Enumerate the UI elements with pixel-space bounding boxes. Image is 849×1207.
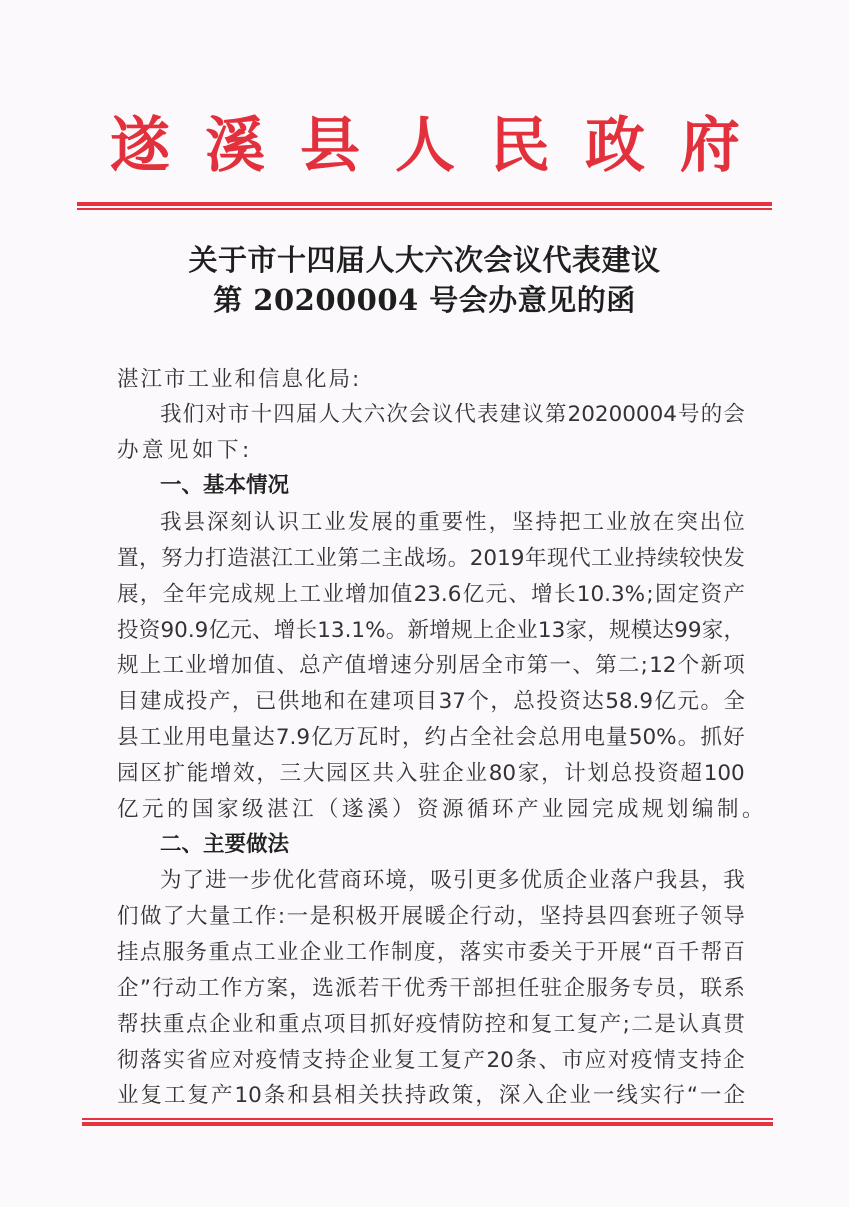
glyph: 速 (390, 651, 412, 681)
glyph: 点 (301, 1010, 323, 1040)
glyph: 抓 (700, 723, 722, 753)
glyph: 家 (518, 759, 540, 789)
glyph: 工 (345, 938, 367, 968)
glyph: 一 (287, 902, 309, 932)
glyph: 业 (315, 544, 337, 574)
glyph: 划 (588, 759, 610, 789)
glyph: 20 (487, 1046, 514, 1076)
glyph: 长 (296, 616, 318, 646)
glyph: 认 (254, 508, 276, 538)
glyph: 全 (470, 723, 492, 753)
glyph: 增 (429, 616, 451, 646)
glyph: 届 (296, 400, 318, 430)
glyph: 深 (207, 508, 229, 538)
glyph: 四 (608, 902, 630, 932)
glyph: 总 (538, 723, 560, 753)
glyph: 业 (323, 938, 345, 968)
glyph: 全 (723, 687, 745, 717)
paragraph-line: 企”行动工作方案，选派若干优秀干部担任驻企服务专员，联系 (117, 974, 745, 1004)
glyph: 县 (117, 723, 139, 753)
letterhead-rule-thin (77, 208, 772, 210)
glyph: 第 (527, 651, 549, 681)
glyph: 元 (677, 687, 699, 717)
glyph: 落 (611, 866, 633, 896)
glyph: 人 (318, 400, 340, 430)
glyph: 关 (551, 938, 573, 968)
glyph: 二 (360, 544, 382, 574)
glyph: ， (490, 687, 512, 717)
glyph: ; (623, 1010, 630, 1040)
glyph: ， (723, 616, 745, 646)
glyph: 情 (439, 1010, 461, 1040)
glyph: 第 (545, 400, 567, 430)
glyph: 量 (209, 902, 231, 932)
glyph: 暖 (425, 902, 447, 932)
glyph: 环 (363, 866, 385, 896)
glyph: 条 (264, 1081, 286, 1111)
glyph: 亿 (655, 687, 677, 717)
glyph: 省 (186, 1046, 208, 1076)
glyph: 业 (322, 580, 344, 610)
glyph: 业 (613, 544, 635, 574)
glyph: 开 (597, 938, 619, 968)
letterhead-rule-thick (77, 202, 772, 206)
paragraph-line: 帮扶重点企业和重点项目抓好疫情防控和复工复产;二是认真贯 (117, 1010, 745, 1040)
glyph: 一 (550, 651, 572, 681)
glyph: 用 (561, 723, 583, 753)
glyph: 工 (293, 544, 315, 574)
glyph: 增 (208, 651, 230, 681)
glyph: 13.1% (317, 616, 385, 646)
glyph: 疫 (256, 1046, 278, 1076)
glyph: 12 (649, 651, 676, 681)
glyph: 帮 (701, 938, 723, 968)
glyph: 业 (185, 651, 207, 681)
glyph: 复 (531, 1010, 553, 1040)
glyph: 业 (371, 1046, 393, 1076)
glyph: 供 (278, 687, 300, 717)
glyph: 和 (324, 687, 346, 717)
glyph: 委 (528, 938, 550, 968)
letterhead-char: 民 (490, 108, 550, 184)
glyph: 点 (231, 938, 253, 968)
glyph: 了 (183, 866, 205, 896)
glyph: 极 (356, 902, 378, 932)
glyph: 工 (198, 974, 220, 1004)
glyph: 资 (139, 616, 161, 646)
paragraph-line: 园区扩能增效，三大园区共入驻企业80家，计划总投资超100 (117, 759, 745, 789)
glyph: 约 (425, 723, 447, 753)
paragraph-line: 挂点服务重点工业企业工作制度，落实市委关于开展“百千帮百 (117, 938, 745, 968)
glyph: 全 (481, 651, 503, 681)
glyph: 新 (408, 616, 430, 646)
glyph: 千 (678, 938, 700, 968)
glyph: 扶 (140, 1010, 162, 1040)
glyph: 用 (185, 723, 207, 753)
glyph: 固 (655, 580, 677, 610)
glyph: 表 (477, 400, 499, 430)
letterhead-char: 人 (395, 108, 455, 184)
glyph: 领 (700, 902, 722, 932)
glyph: 放 (629, 508, 651, 538)
glyph: 一 (700, 1081, 722, 1111)
glyph: 区 (349, 759, 371, 789)
glyph: 成 (163, 687, 185, 717)
paragraph-line: 业复工复产10条和县相关扶持政策，深入企业一线实行“一企 (117, 1081, 745, 1111)
glyph: 驻 (541, 974, 563, 1004)
glyph: 的 (395, 508, 417, 538)
glyph: 百 (723, 938, 745, 968)
glyph: 实 (483, 938, 505, 968)
glyph: 扩 (163, 759, 185, 789)
paragraph-line: 县工业用电量达7.9亿万瓦时，约占全社会总用电量50%。抓好 (117, 723, 745, 753)
glyph: 和 (287, 1081, 309, 1111)
glyph: 控 (485, 1010, 507, 1040)
glyph: 入 (396, 759, 418, 789)
glyph: ， (701, 866, 723, 896)
glyph: 能 (187, 759, 209, 789)
glyph: 市 (504, 651, 526, 681)
glyph: 元 (230, 616, 252, 646)
glyph: 年 (185, 580, 207, 610)
glyph: 挂 (117, 938, 139, 968)
glyph: 工 (300, 580, 322, 610)
glyph: 对 (608, 1046, 630, 1076)
glyph: 二 (618, 651, 640, 681)
glyph: 持 (325, 1046, 347, 1076)
glyph: 、 (276, 651, 298, 681)
glyph: : (278, 902, 285, 932)
glyph: 产 (600, 1010, 622, 1040)
glyph: 度 (414, 938, 436, 968)
letterhead-char: 溪 (205, 108, 265, 184)
glyph: 要 (442, 508, 464, 538)
glyph: 应 (585, 1046, 607, 1076)
glyph: 场 (426, 544, 448, 574)
glyph: 和 (508, 1010, 530, 1040)
glyph: 市 (562, 1046, 584, 1076)
paragraph-line: 置，努力打造湛江工业第二主战场。2019年现代工业持续较快发 (117, 544, 745, 574)
glyph: 目 (416, 687, 438, 717)
glyph: 防 (462, 1010, 484, 1040)
glyph: 秀 (426, 974, 448, 1004)
intro-line: 办意见如下: (117, 436, 745, 466)
glyph: 重 (278, 1010, 300, 1040)
glyph: 建 (500, 400, 522, 430)
glyph: ， (678, 974, 700, 1004)
glyph: ， (516, 902, 538, 932)
glyph: 持 (562, 902, 584, 932)
glyph: 上 (473, 616, 495, 646)
glyph: 复 (394, 1046, 416, 1076)
glyph: 时 (379, 723, 401, 753)
glyph: 把 (559, 508, 581, 538)
glyph: 方 (244, 974, 266, 1004)
glyph: 。 (386, 616, 408, 646)
glyph: 是 (654, 1010, 676, 1040)
glyph: 疫 (416, 1010, 438, 1040)
glyph: 增 (531, 580, 553, 610)
glyph: ， (232, 687, 254, 717)
glyph: 我 (160, 400, 182, 430)
glyph: 企 (723, 1046, 745, 1076)
glyph: 续 (657, 544, 679, 574)
glyph: 大 (186, 902, 208, 932)
glyph: 资 (559, 687, 581, 717)
glyph: 企 (448, 902, 470, 932)
glyph: 工 (163, 651, 185, 681)
glyph: 超 (680, 759, 702, 789)
glyph: 努 (161, 544, 183, 574)
glyph: 置 (117, 544, 139, 574)
glyph: 和 (255, 1010, 277, 1040)
glyph: 制 (391, 938, 413, 968)
glyph: ， (140, 580, 162, 610)
glyph: 、 (252, 616, 274, 646)
glyph: 快 (701, 544, 723, 574)
glyph: 落 (460, 938, 482, 968)
glyph: 积 (333, 902, 355, 932)
glyph: 县 (678, 866, 700, 896)
glyph: 展 (117, 580, 139, 610)
glyph: 县 (585, 902, 607, 932)
glyph: 资 (701, 580, 723, 610)
glyph: 点 (186, 1010, 208, 1040)
glyph: 市 (228, 400, 250, 430)
letterhead-issuer: 遂 溪 县 人 民 政 府 (110, 108, 740, 184)
glyph: 大 (341, 400, 363, 430)
glyph: 疫 (631, 1046, 653, 1076)
glyph: 增 (367, 651, 389, 681)
letterhead-char: 府 (680, 108, 740, 184)
glyph: 业 (569, 1081, 591, 1111)
glyph: 成 (231, 580, 253, 610)
glyph: 落 (140, 1046, 162, 1076)
glyph: 规 (451, 616, 473, 646)
glyph: 增 (345, 580, 367, 610)
glyph: 子 (677, 902, 699, 932)
glyph: 坚 (512, 508, 534, 538)
glyph: 会 (515, 723, 537, 753)
glyph: 达 (253, 723, 275, 753)
letterhead-char: 县 (300, 108, 360, 184)
glyph: 重 (418, 508, 440, 538)
glyph: 引 (453, 866, 475, 896)
glyph: 增 (274, 616, 296, 646)
glyph: 务 (609, 974, 631, 1004)
glyph: “ (687, 1081, 698, 1111)
glyph: 10 (235, 1081, 262, 1111)
glyph: 模 (631, 616, 653, 646)
glyph: 持 (700, 1046, 722, 1076)
glyph: 户 (633, 866, 655, 896)
section-heading-basic-situation: 一、基本情况 (160, 471, 289, 501)
glyph: 刻 (230, 508, 252, 538)
paragraph-line: 们做了大量工作:一是积极开展暖企行动，坚持县四套班子领导 (117, 902, 745, 932)
glyph: 员 (655, 974, 677, 1004)
glyph: 打 (205, 544, 227, 574)
glyph: 位 (723, 508, 745, 538)
glyph: 企 (209, 1010, 231, 1040)
glyph: 电 (583, 723, 605, 753)
glyph: 复 (188, 1081, 210, 1111)
glyph: 较 (679, 544, 701, 574)
glyph: 行 (663, 1081, 685, 1111)
recipient: 湛江市工业和信息化局: (117, 365, 745, 395)
glyph: 企 (300, 938, 322, 968)
glyph: 加 (368, 580, 390, 610)
glyph: 议 (522, 400, 544, 430)
glyph: 业 (516, 616, 538, 646)
paragraph-line: 目建成投产，已供地和在建项目37个，总投资达58.9亿元。全 (117, 687, 745, 717)
glyph: 建 (370, 687, 392, 717)
glyph: 代 (569, 544, 591, 574)
glyph: 达 (652, 616, 674, 646)
glyph: 工 (164, 1081, 186, 1111)
glyph: 值 (254, 651, 276, 681)
glyph: 质 (543, 866, 565, 896)
glyph: ; (641, 651, 648, 681)
glyph: 。 (448, 544, 470, 574)
glyph: 担 (495, 974, 517, 1004)
paragraph-line: 展，全年完成规上工业增加值23.6亿元、增长10.3%;固定资产 (117, 580, 745, 610)
glyph: 业 (277, 938, 299, 968)
glyph: 们 (183, 400, 205, 430)
glyph: 支 (677, 1046, 699, 1076)
glyph: 现 (547, 544, 569, 574)
glyph: 园 (117, 759, 139, 789)
glyph: 项 (393, 687, 415, 717)
glyph: 总 (299, 651, 321, 681)
glyph: 战 (404, 544, 426, 574)
glyph: 工 (554, 1010, 576, 1040)
glyph: 代 (454, 400, 476, 430)
glyph: 干 (449, 974, 471, 1004)
glyph: 总 (513, 687, 535, 717)
glyph: 展 (620, 938, 642, 968)
glyph: 工 (582, 508, 604, 538)
glyph: 驻 (419, 759, 441, 789)
glyph: 应 (209, 1046, 231, 1076)
glyph: 抓 (370, 1010, 392, 1040)
paragraph-line: 彻落实省应对疫情支持企业复工复产20条、市应对疫情支持企 (117, 1046, 745, 1076)
glyph: 了 (163, 902, 185, 932)
glyph: ， (408, 866, 430, 896)
glyph: 工 (140, 723, 162, 753)
glyph: 产 (723, 580, 745, 610)
glyph: ” (140, 974, 151, 1004)
glyph: 元 (486, 580, 508, 610)
glyph: 支 (302, 1046, 324, 1076)
glyph: 90.9 (160, 616, 208, 646)
glyph: 三 (280, 759, 302, 789)
glyph: 我 (160, 508, 182, 538)
glyph: 服 (586, 974, 608, 1004)
glyph: 优 (404, 974, 426, 1004)
glyph: 重 (208, 938, 230, 968)
glyph: 入 (522, 1081, 544, 1111)
glyph: 县 (183, 508, 205, 538)
glyph: 7.9 (276, 723, 310, 753)
glyph: 持 (536, 508, 558, 538)
glyph: 亿 (311, 723, 333, 753)
glyph: 工 (417, 1046, 439, 1076)
glyph: 作 (255, 902, 277, 932)
glyph: 贯 (723, 1010, 745, 1040)
glyph: 号 (678, 400, 700, 430)
glyph: 突 (676, 508, 698, 538)
glyph: 企 (117, 974, 139, 1004)
glyph: 步 (250, 866, 272, 896)
glyph: 地 (301, 687, 323, 717)
glyph: 动 (175, 974, 197, 1004)
glyph: 已 (255, 687, 277, 717)
glyph: 100 (704, 759, 745, 789)
glyph: 复 (577, 1010, 599, 1040)
glyph: 持 (635, 544, 657, 574)
glyph: 家 (702, 616, 724, 646)
glyph: 计 (564, 759, 586, 789)
glyph: 个 (678, 651, 700, 681)
glyph: 深 (499, 1081, 521, 1111)
glyph: 共 (373, 759, 395, 789)
glyph: 选 (312, 974, 334, 1004)
glyph: 务 (186, 938, 208, 968)
glyph: ， (489, 508, 511, 538)
glyph: 复 (440, 1046, 462, 1076)
glyph: 系 (723, 974, 745, 1004)
glyph: 业 (162, 723, 184, 753)
glyph: 社 (493, 723, 515, 753)
glyph: 目 (117, 687, 139, 717)
glyph: 我 (723, 866, 745, 896)
glyph: ， (541, 759, 563, 789)
glyph: 第 (337, 544, 359, 574)
glyph: 识 (277, 508, 299, 538)
glyph: 真 (700, 1010, 722, 1040)
glyph: 十 (251, 400, 273, 430)
glyph: 湛 (249, 544, 271, 574)
glyph: 导 (723, 902, 745, 932)
letterhead-char: 遂 (110, 108, 170, 184)
glyph: 线 (616, 1081, 638, 1111)
glyph: 服 (163, 938, 185, 968)
glyph: 规 (609, 616, 631, 646)
glyph: 、 (508, 580, 530, 610)
glyph: 13 (538, 616, 565, 646)
glyph: 作 (221, 974, 243, 1004)
glyph: 主 (382, 544, 404, 574)
glyph: 套 (631, 902, 653, 932)
glyph: 总 (611, 759, 633, 789)
glyph: 建 (140, 687, 162, 717)
glyph: 专 (632, 974, 654, 1004)
glyph: 扶 (381, 1081, 403, 1111)
glyph: 项 (723, 651, 745, 681)
glyph: 进 (205, 866, 227, 896)
glyph: 长 (554, 580, 576, 610)
glyph: ， (475, 1081, 497, 1111)
document-title-line2: 第 20200004 号会办意见的函 (0, 278, 849, 319)
glyph: 相 (334, 1081, 356, 1111)
glyph: 是 (310, 902, 332, 932)
glyph: 坚 (539, 902, 561, 932)
glyph: 四 (273, 400, 295, 430)
glyph: 条 (515, 1046, 537, 1076)
glyph: 亿 (463, 580, 485, 610)
glyph: 优 (273, 866, 295, 896)
glyph: 派 (335, 974, 357, 1004)
